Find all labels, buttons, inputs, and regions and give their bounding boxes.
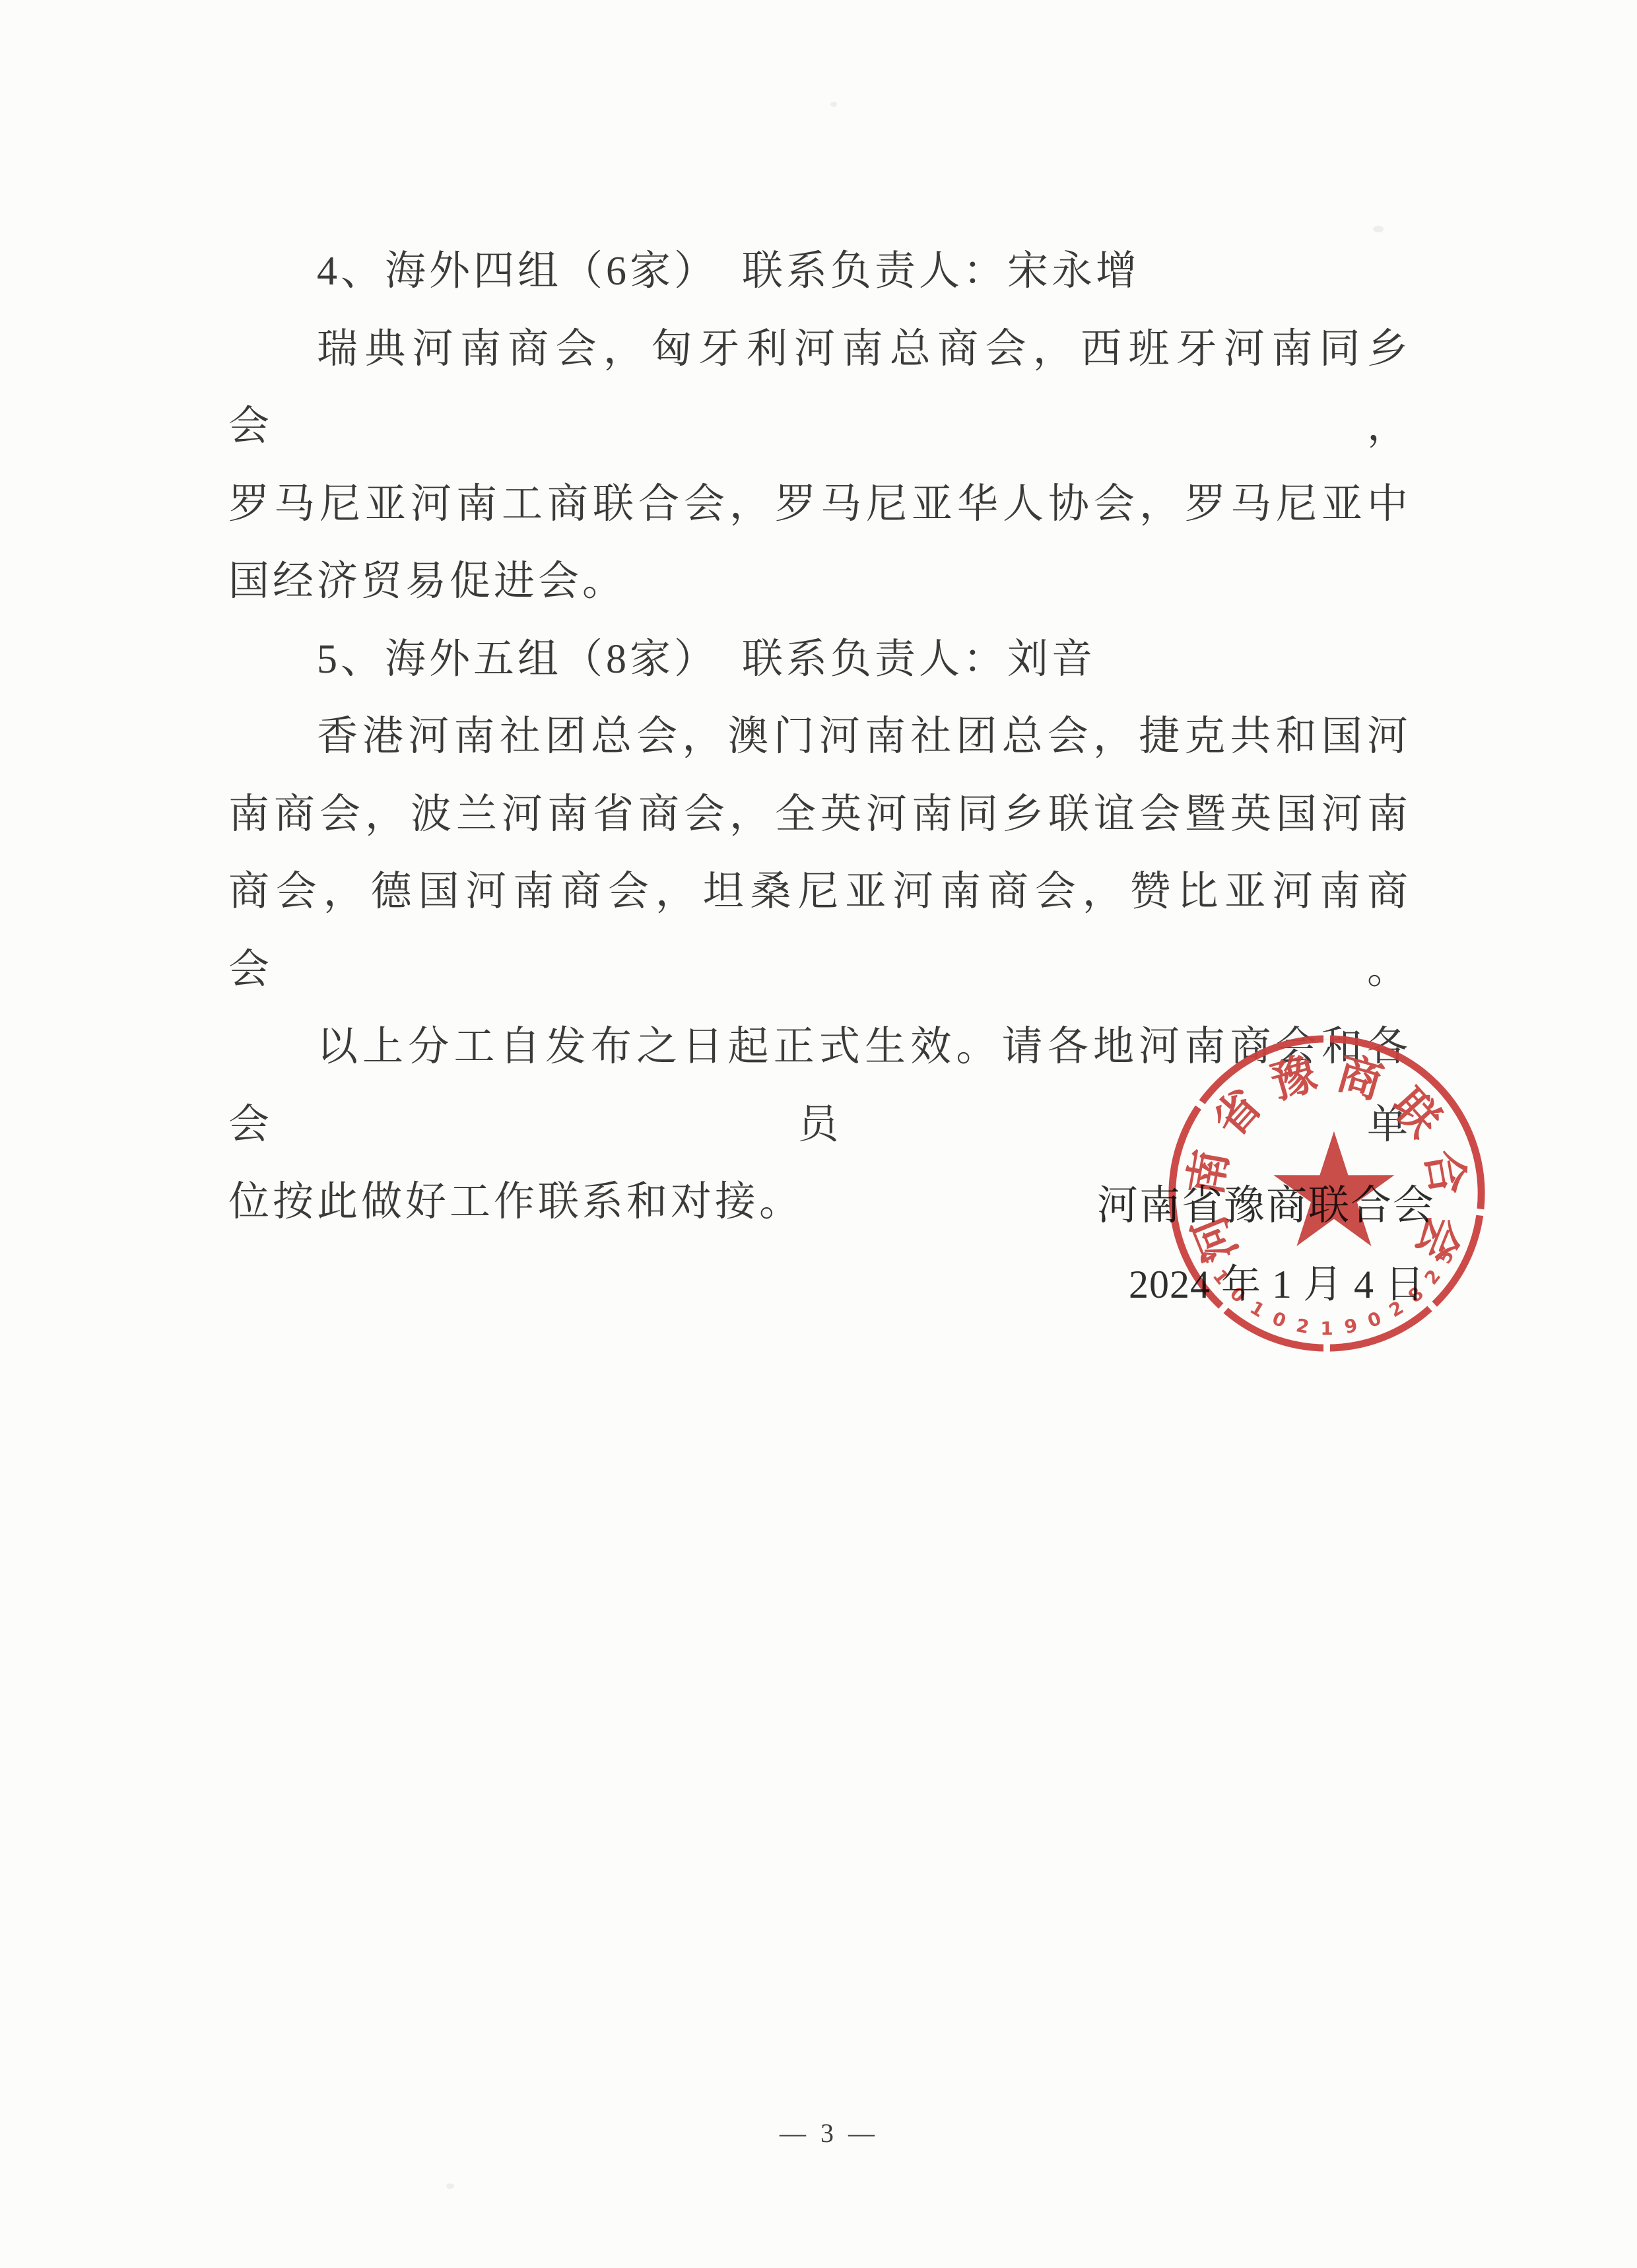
signature-date: 2024 年 1 月 4 日 bbox=[1129, 1253, 1425, 1310]
document-line: 5、海外五组（8家） 联系负责人：刘音 bbox=[228, 621, 1411, 699]
document-line: 瑞典河南商会，匈牙利河南总商会，西班牙河南同乡会， bbox=[228, 311, 1411, 466]
document-line: 国经济贸易促进会。 bbox=[228, 543, 1411, 621]
seal-arc-char: 豫 bbox=[1265, 1048, 1321, 1108]
document-line: 南商会，波兰河南省商会，全英河南同乡联谊会暨英国河南 bbox=[228, 776, 1411, 854]
signature-organization: 河南省豫商联合会 bbox=[1097, 1172, 1435, 1231]
seal-code-digit: 2 bbox=[1294, 1314, 1311, 1338]
scan-speck bbox=[1373, 226, 1384, 232]
scan-speck bbox=[830, 102, 837, 107]
document-line: 香港河南社团总会，澳门河南社团总会，捷克共和国河 bbox=[228, 698, 1411, 776]
document-page: 4、海外四组（6家） 联系负责人：宋永增 瑞典河南商会，匈牙利河南总商会，西班牙… bbox=[0, 0, 1637, 2268]
document-line: 罗马尼亚河南工商联合会，罗马尼亚华人协会，罗马尼亚中 bbox=[228, 466, 1411, 544]
seal-code-digit: 9 bbox=[1343, 1314, 1359, 1338]
scan-speck bbox=[446, 2184, 454, 2189]
document-line: 4、海外四组（6家） 联系负责人：宋永增 bbox=[228, 233, 1411, 311]
seal-arc-char: 商 bbox=[1331, 1048, 1387, 1108]
seal-code-digit: 1 bbox=[1320, 1317, 1333, 1339]
document-line: 商会，德国河南商会，坦桑尼亚河南商会，赞比亚河南商会。 bbox=[228, 853, 1411, 1009]
seal-code-digit: 0 bbox=[1364, 1307, 1384, 1332]
page-number: — 3 — bbox=[759, 2118, 899, 2149]
seal-code-digit: 0 bbox=[1269, 1307, 1289, 1332]
